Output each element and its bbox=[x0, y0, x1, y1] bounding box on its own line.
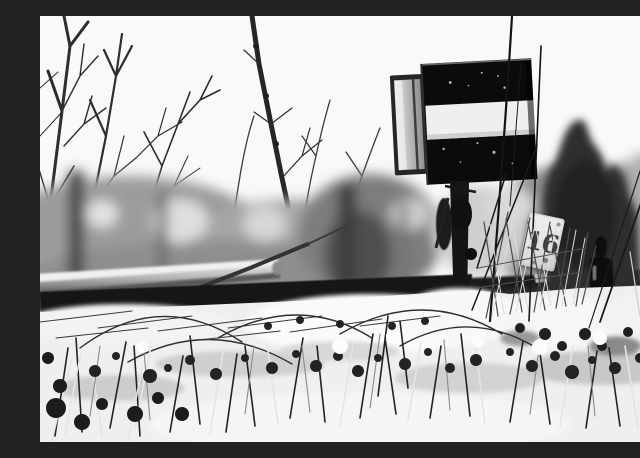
marker-label: 16 bbox=[523, 226, 560, 257]
photo-canvas: 16 bbox=[40, 16, 640, 442]
signal-lamp bbox=[389, 58, 537, 186]
